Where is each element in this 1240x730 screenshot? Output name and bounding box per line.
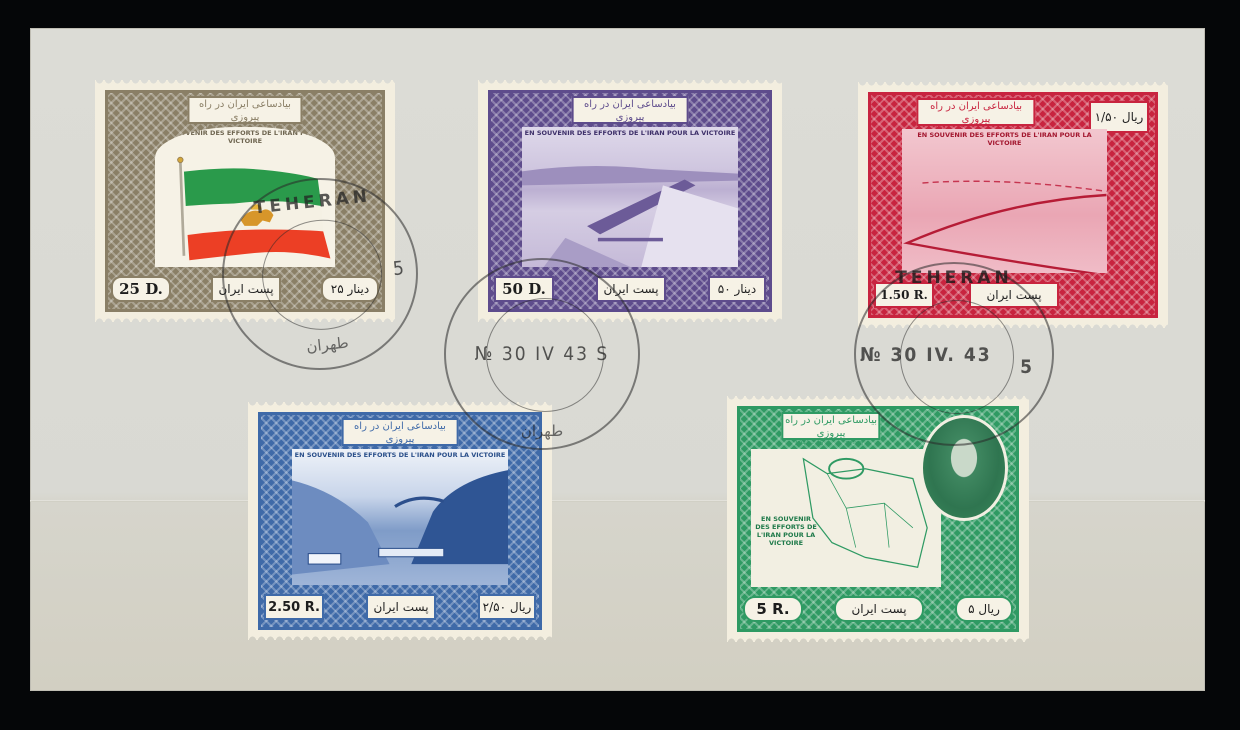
- stamp-top-tablet: بیادساعی ایران در راه پیروزی 1941 - 45۲۴…: [916, 98, 1035, 126]
- value-latin: 5 R.: [743, 596, 803, 622]
- stamp-frame: بیادساعی ایران در راه پیروزی 1941 - 45۲۴…: [105, 90, 385, 312]
- stamp-frame: بیادساعی ایران در راه پیروزی 1941 - 45۲۴…: [868, 92, 1158, 318]
- value-latin: 25 D.: [111, 276, 171, 302]
- value-latin: 1.50 R.: [874, 282, 934, 308]
- flag-scene: EN SOUVENIR DES EFFORTS DE L'IRAN POUR L…: [155, 127, 336, 267]
- port-scene: EN SOUVENIR DES EFFORTS DE L'IRAN POUR L…: [522, 127, 739, 267]
- post-label: پست ایران: [366, 594, 436, 620]
- stamp-frame: بیادساعی ایران در راه پیروزی 1941 - 45۲۴…: [258, 412, 542, 630]
- value-persian: ۵۰ دینار: [708, 276, 766, 302]
- stamp-top-tablet: بیادساعی ایران در راه پیروزی 1941 - 45۲۴…: [342, 418, 459, 446]
- portrait-medallion: [920, 415, 1008, 521]
- value-persian: ۲/۵۰ ریال: [478, 594, 536, 620]
- stamp-top-tablet: بیادساعی ایران در راه پیروزی 1941 - 45۲۴…: [187, 96, 302, 124]
- gorge-scene: EN SOUVENIR DES EFFORTS DE L'IRAN POUR L…: [292, 449, 509, 585]
- stamp-port: بیادساعی ایران در راه پیروزی 1941 - 45۲۴…: [478, 80, 782, 322]
- stamp-frame: بیادساعی ایران در راه پیروزی 1941 - 45۲۴…: [737, 406, 1019, 632]
- ships-icon: [522, 127, 739, 267]
- value-persian: ۵ ریال: [955, 596, 1013, 622]
- stamp-bridge: بیادساعی ایران در راه پیروزی 1941 - 45۲۴…: [248, 402, 552, 640]
- value-persian: ۲۵ دینار: [321, 276, 379, 302]
- road-scene: EN SOUVENIR DES EFFORTS DE L'IRAN POUR L…: [902, 129, 1107, 273]
- map-scene: EN SOUVENIR DES EFFORTS DE L'IRAN POUR L…: [751, 449, 941, 587]
- value-latin: 50 D.: [494, 276, 554, 302]
- stamp-map: بیادساعی ایران در راه پیروزی 1941 - 45۲۴…: [727, 396, 1029, 642]
- stamp-road: بیادساعی ایران در راه پیروزی 1941 - 45۲۴…: [858, 82, 1168, 328]
- post-label: پست ایران: [596, 276, 666, 302]
- stamp-top-tablet: بیادساعی ایران در راه پیروزی 1941 - 45۲۴…: [572, 96, 689, 124]
- stamp-top-tablet: بیادساعی ایران در راه پیروزی 1941 - 45۲۴…: [781, 412, 880, 440]
- stamp-flag: بیادساعی ایران در راه پیروزی 1941 - 45۲۴…: [95, 80, 395, 322]
- road-icon: [902, 129, 1107, 273]
- bridge-icon: [292, 449, 509, 585]
- value-latin: 2.50 R.: [264, 594, 324, 620]
- post-label: پست ایران: [969, 282, 1059, 308]
- flag-icon: [155, 127, 336, 267]
- stamp-frame: بیادساعی ایران در راه پیروزی 1941 - 45۲۴…: [488, 90, 772, 312]
- post-label: پست ایران: [211, 276, 281, 302]
- post-label: پست ایران: [834, 596, 924, 622]
